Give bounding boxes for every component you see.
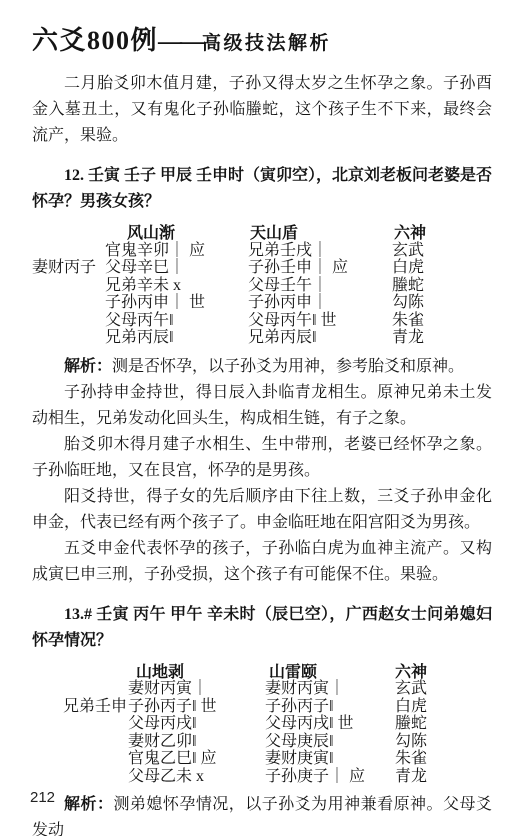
- hidden-spirit-label: 兄弟壬申: [63, 698, 128, 716]
- yao-cell: 子孙丙子‖ 世: [128, 698, 265, 716]
- page-number: 212: [30, 789, 55, 806]
- case12-heading: 12. 壬寅 壬子 甲辰 壬申时（寅卯空），北京刘老板问老婆是否怀孕？男孩女孩？: [32, 163, 492, 215]
- yao-cell: 妻财庚寅‖: [265, 750, 395, 768]
- god-cell: 青龙: [392, 329, 492, 347]
- yao-cell: 兄弟辛未 x: [105, 277, 248, 295]
- yao-cell: 子孙丙子‖: [265, 698, 395, 716]
- title-subtitle: 高级技法解析: [202, 33, 331, 54]
- yao-cell: 兄弟壬戌｜: [248, 242, 392, 260]
- page-title: 六爻800例——高级技法解析: [32, 20, 492, 57]
- god-cell: 白虎: [392, 259, 492, 277]
- yao-cell: 子孙丙申｜ 世: [105, 294, 248, 312]
- yao-cell: 父母辛巳｜: [105, 259, 248, 277]
- god-cell: 白虎: [395, 698, 492, 716]
- yao-cell: 兄弟丙辰‖: [248, 329, 392, 347]
- yao-cell: 子孙庚子｜ 应: [265, 768, 395, 786]
- yao-cell: 父母丙戌‖: [128, 715, 265, 733]
- book-page: 六爻800例——高级技法解析 二月胎爻卯木值月建，子孙又得太岁之生怀孕之象。子孙…: [0, 0, 524, 836]
- analysis-text: 测是否怀孕，以子孙爻为用神，参考胎爻和原神。: [112, 358, 464, 375]
- yao-cell: 官鬼乙巳‖ 应: [128, 750, 265, 768]
- intro-paragraph: 二月胎爻卯木值月建，子孙又得太岁之生怀孕之象。子孙酉金入墓丑土，又有鬼化子孙临螣…: [32, 71, 492, 149]
- god-cell: 朱雀: [395, 750, 492, 768]
- yao-cell: 子孙壬申｜ 应: [248, 259, 392, 277]
- god-cell: 朱雀: [392, 312, 492, 330]
- yao-cell: 官鬼辛卯｜ 应: [105, 242, 248, 260]
- case13-analysis-lead: 解析：测弟媳怀孕情况，以子孙爻为用神兼看原神。父母爻发动: [32, 792, 492, 836]
- yao-cell: 父母丙午‖: [105, 312, 248, 330]
- case12-analysis-lead: 解析：测是否怀孕，以子孙爻为用神，参考胎爻和原神。: [32, 354, 492, 380]
- yao-cell: 妻财丙寅｜: [265, 680, 395, 698]
- god-cell: 玄武: [392, 242, 492, 260]
- yao-cell: 父母丙戌‖ 世: [265, 715, 395, 733]
- title-dash: ——: [158, 29, 202, 55]
- hidden-spirit-label: 妻财丙子: [32, 259, 105, 277]
- yao-cell: 父母壬午｜: [248, 277, 392, 295]
- case12-analysis-paragraph: 胎爻卯木得月建子水相生、生中带刑，老婆已经怀孕之象。子孙临旺地，又在艮宫，怀孕的…: [32, 432, 492, 484]
- yao-cell: 妻财丙寅｜: [128, 680, 265, 698]
- god-cell: 玄武: [395, 680, 492, 698]
- case12-analysis-paragraph: 子孙持申金持世，得日辰入卦临青龙相生。原神兄弟未土发动相生，兄弟发动化回头生，构…: [32, 380, 492, 432]
- god-cell: 青龙: [395, 768, 492, 786]
- yao-cell: 父母乙未 x: [128, 768, 265, 786]
- yao-cell: 兄弟丙辰‖: [105, 329, 248, 347]
- analysis-label: 解析：: [64, 796, 113, 813]
- god-cell: 勾陈: [395, 733, 492, 751]
- yao-cell: 妻财乙卯‖: [128, 733, 265, 751]
- god-cell: 勾陈: [392, 294, 492, 312]
- case12-analysis-paragraph: 五爻申金代表怀孕的孩子，子孙临白虎为血神主流产。又构成寅巳申三刑，子孙受损，这个…: [32, 536, 492, 588]
- yao-cell: 子孙丙申｜: [248, 294, 392, 312]
- case13-heading: 13.# 壬寅 丙午 甲午 辛未时（辰巳空），广西赵女士问弟媳妇怀孕情况？: [32, 602, 492, 654]
- case12-analysis-paragraph: 阳爻持世，得子女的先后顺序由下往上数，三爻子孙申金化申金，代表已经有两个孩子了。…: [32, 484, 492, 536]
- yao-cell: 父母庚辰‖: [265, 733, 395, 751]
- case12-hexagram-table: 风山渐 天山盾 六神 妻财丙子 官鬼辛卯｜ 应 兄弟壬戌｜ 玄武 父母辛巳｜ 子…: [32, 224, 492, 347]
- god-cell: 螣蛇: [392, 277, 492, 295]
- title-main: 六爻800例: [32, 26, 158, 55]
- yao-cell: 父母丙午‖ 世: [248, 312, 392, 330]
- analysis-label: 解析：: [64, 358, 112, 375]
- god-cell: 螣蛇: [395, 715, 492, 733]
- case13-hexagram-table: 山地剥 山雷颐 六神 兄弟壬申 妻财丙寅｜ 妻财丙寅｜ 玄武 子孙丙子‖ 世 子…: [63, 663, 492, 786]
